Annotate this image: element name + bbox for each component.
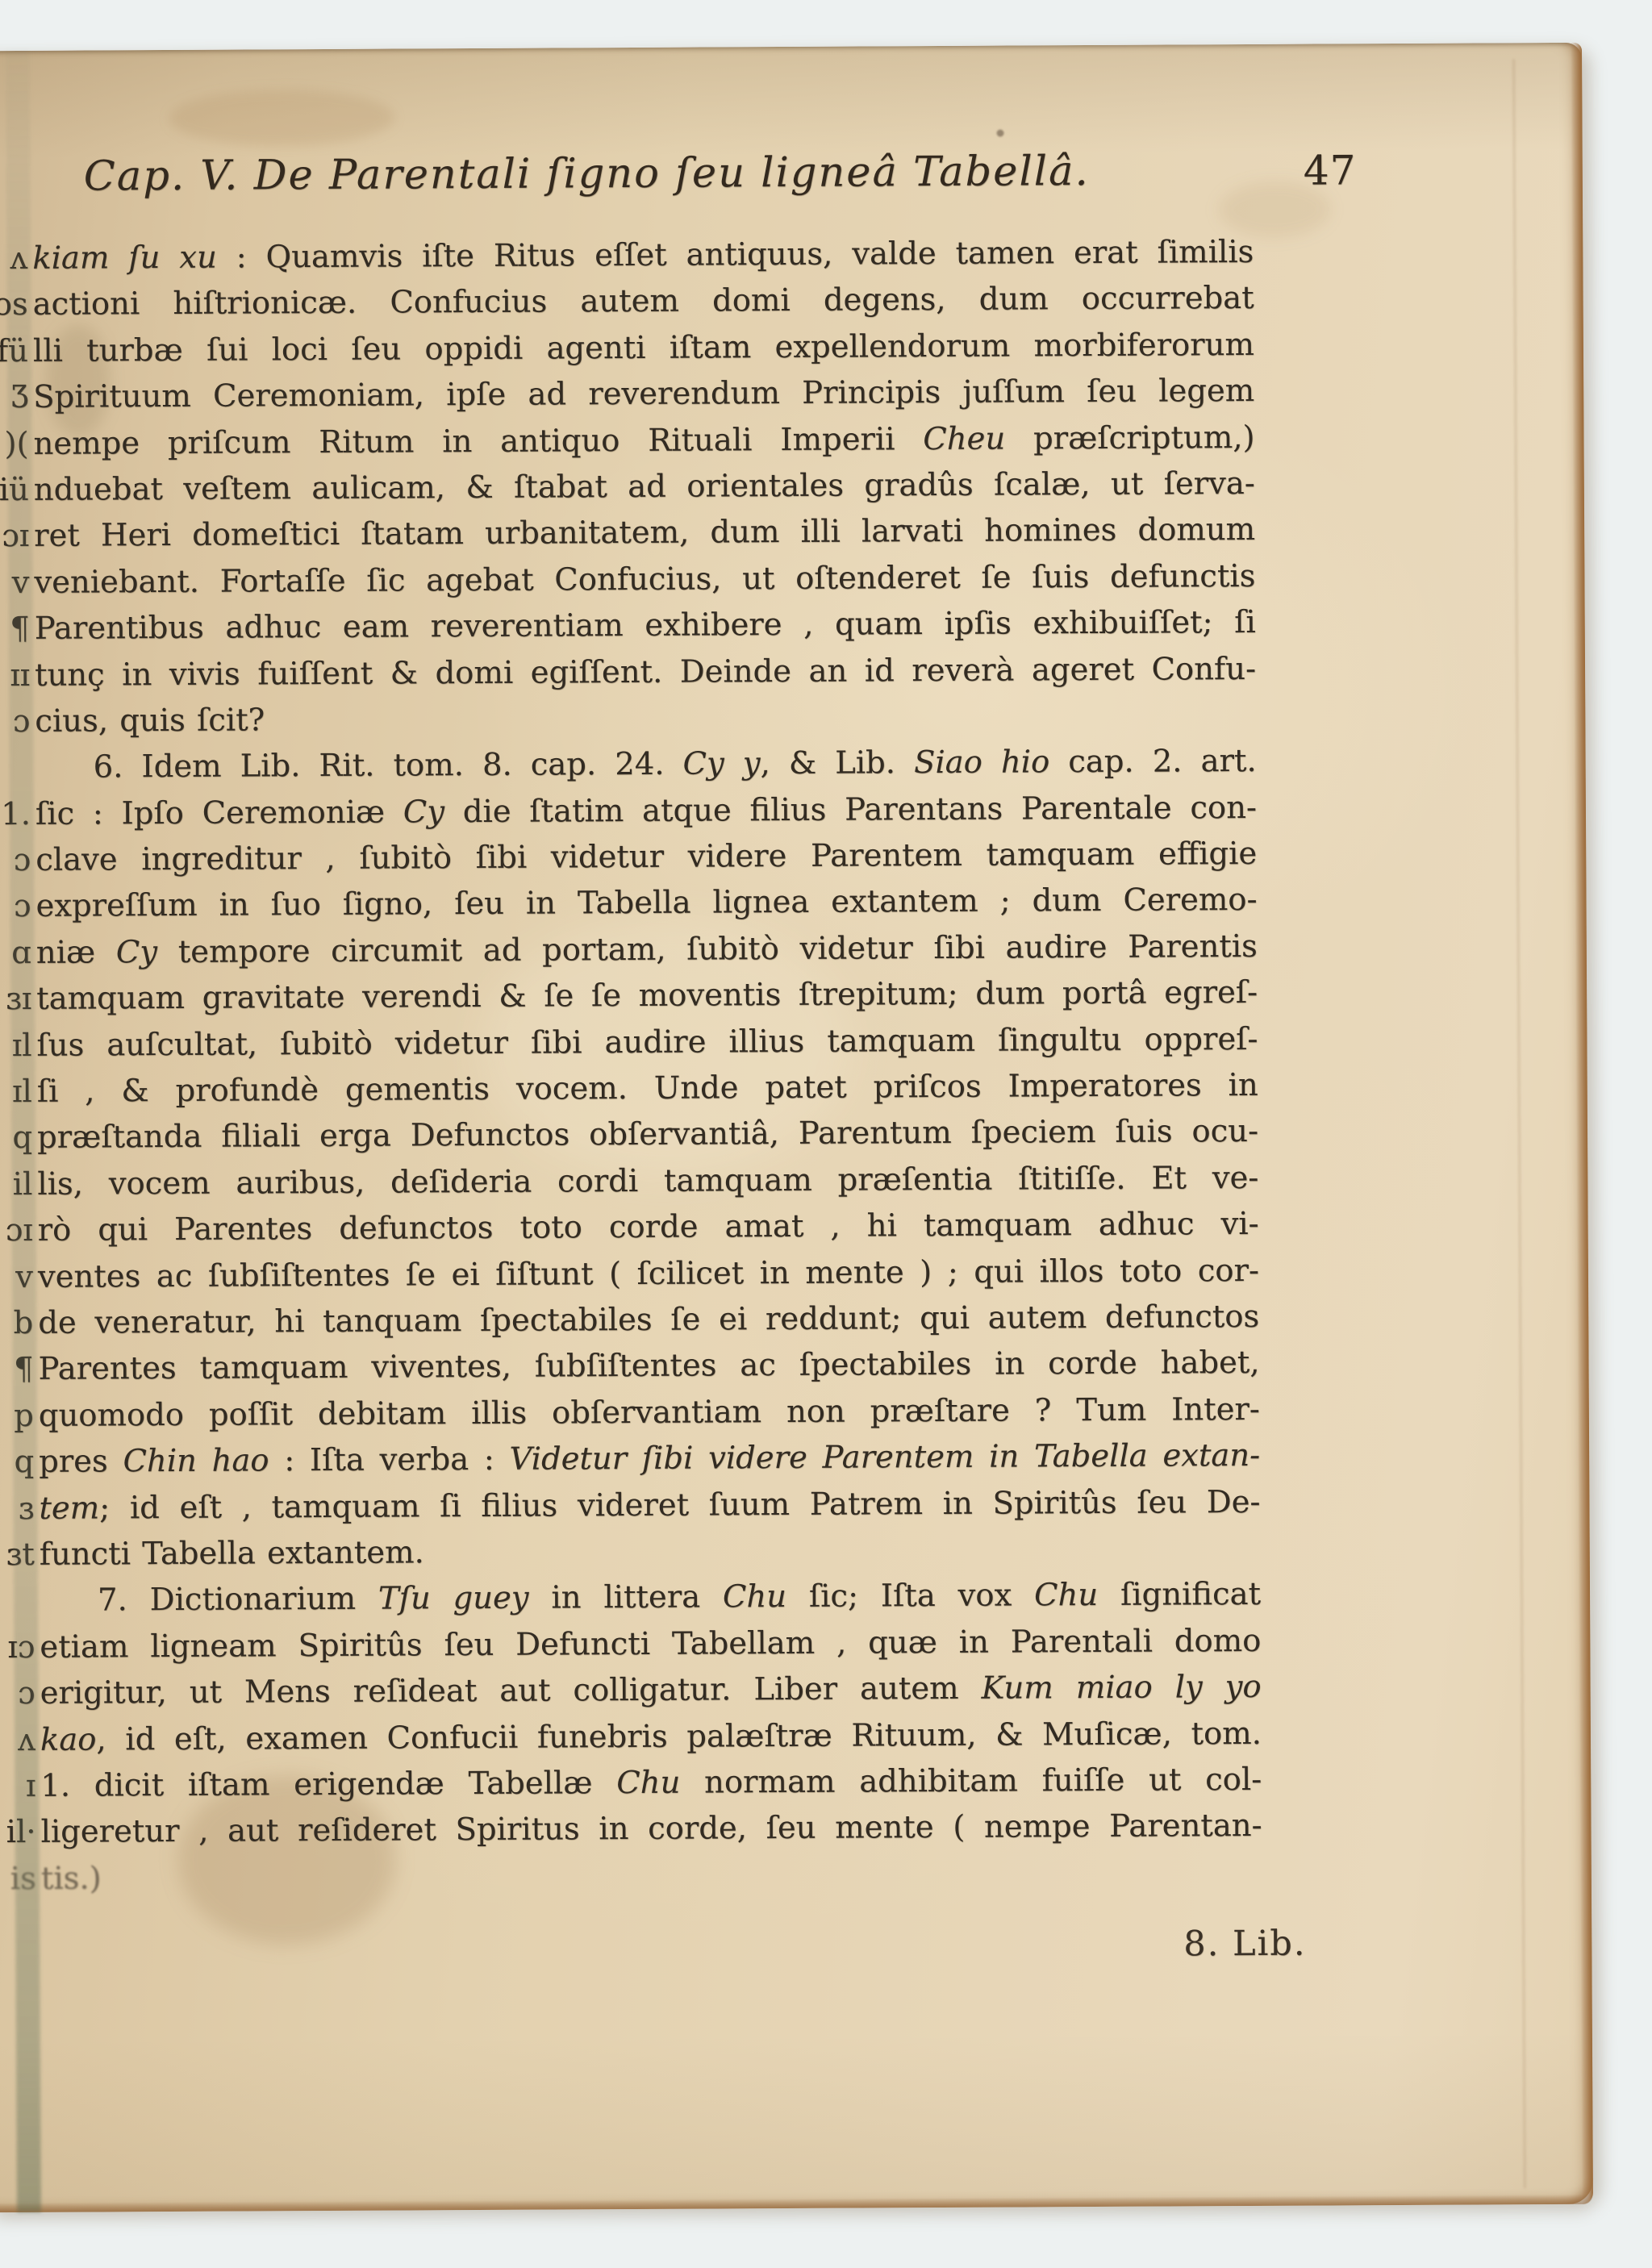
cutoff-fragment: p	[14, 1393, 34, 1440]
italic-text-segment: Chu	[616, 1765, 680, 1801]
text-line: qpres Chin hao : Iſta verba : Videtur ſi…	[39, 1432, 1260, 1485]
cutoff-fragment: il·	[6, 1809, 36, 1856]
text-segment: Parentibus adhuc eam reverentiam exhiber…	[35, 604, 1256, 647]
text-line: ɪɪtunç in vivis fuiſſent & domi egiſſent…	[35, 645, 1256, 698]
text-segment: 7. Dictionarium	[98, 1581, 378, 1619]
text-segment: cius, quis ſcit?	[35, 702, 265, 739]
cutoff-fragment: ¶	[14, 1346, 34, 1393]
text-segment: die ſtatim atque filius Parentans Parent…	[444, 790, 1257, 830]
cutoff-fragment: b	[13, 1300, 33, 1347]
text-line: ɔcius, quis ſcit?	[35, 692, 1256, 744]
cutoff-fragment: Ʒ	[10, 374, 28, 421]
text-line: ɪlſus auſcultat, ſubitò videtur ſibi aud…	[36, 1016, 1258, 1069]
text-line: vventes ac ſubſiſtentes ſe ei ſiſtunt ( …	[38, 1248, 1259, 1300]
text-segment: : Iſta verba :	[269, 1441, 509, 1479]
text-segment: tempore circumit ad portam, ſubitò videt…	[157, 928, 1258, 970]
text-segment: normam adhibitam fuiſſe ut col-	[680, 1761, 1262, 1801]
text-line: 1 1.ſic : Ipſo Ceremoniæ Cy die ſtatim a…	[35, 785, 1257, 837]
text-line: illis, vocem auribus, deſideria cordi ta…	[37, 1155, 1258, 1207]
text-line: ɪ1. dicit iſtam erigendæ Tabellæ Chu nor…	[40, 1757, 1262, 1809]
cutoff-fragment: ɑ	[11, 930, 31, 977]
text-line: ɔclave ingreditur , ſubitò ſibi videtur …	[35, 831, 1257, 883]
book-page: Cap. V. De Parentali ſigno ſeu ligneâ Ta…	[0, 43, 1593, 2212]
cutoff-fragment: fü	[0, 328, 28, 375]
cutoff-fragment: ɪl	[12, 1023, 32, 1069]
text-line: iünduebat veſtem aulicam, & ſtabat ad or…	[34, 461, 1255, 513]
cutoff-fragment: q	[14, 1439, 34, 1486]
text-segment: lis, vocem auribus, deſideria cordi tamq…	[37, 1160, 1258, 1203]
text-line: il·ligeretur , aut reſideret Spiritus in…	[40, 1803, 1262, 1855]
cutoff-fragment: ɔ	[14, 883, 31, 930]
text-segment: ſus auſcultat, ſubitò videtur ſibi audir…	[36, 1021, 1258, 1064]
paper-stain	[169, 90, 394, 147]
text-line: ʌkiam ſu xu : Quamvis iſte Ritus eſſet a…	[32, 229, 1254, 281]
cutoff-fragment: ɜɪ	[6, 976, 31, 1023]
cutoff-fragment: ɔ	[14, 837, 31, 884]
cutoff-fragment: ɪ	[26, 1763, 36, 1809]
text-segment: niæ	[36, 934, 116, 971]
text-segment: de veneratur, hi tanquam ſpectabiles ſe …	[38, 1299, 1259, 1341]
cutoff-fragment: ɔs	[0, 281, 28, 328]
chapter-title: Cap. V. De Parentali ſigno ſeu ligneâ Ta…	[84, 148, 1090, 201]
cutoff-fragment: ɔɪ	[2, 513, 29, 560]
text-line: qpræſtanda filiali erga Defunctos obſerv…	[37, 1108, 1258, 1161]
text-segment: rò qui Parentes defunctos toto corde ama…	[38, 1206, 1259, 1249]
cutoff-fragment: ɪɔ	[7, 1624, 35, 1671]
cutoff-fragment: ¶	[10, 606, 30, 652]
italic-text-segment: Videtur ſibi videre Parentem in Tabella …	[509, 1437, 1260, 1478]
text-line: ɪlſi , & profundè gementis vocem. Unde p…	[37, 1062, 1258, 1115]
text-line: ɔerigitur, ut Mens reſideat aut colligat…	[40, 1664, 1262, 1716]
text-segment: Parentes tamquam viventes, ſubſiſtentes …	[38, 1345, 1259, 1387]
cutoff-fragment: q	[12, 1115, 32, 1161]
text-segment: ligeretur , aut reſideret Spiritus in co…	[40, 1807, 1262, 1850]
cutoff-fragment: ɪl	[12, 1069, 32, 1115]
text-line: bde veneratur, hi tanquam ſpectabiles ſe…	[38, 1294, 1259, 1346]
text-segment: 6. Idem Lib. Rit. tom. 8. cap. 24.	[94, 746, 683, 786]
text-segment: nempe priſcum Ritum in antiquo Rituali I…	[33, 421, 923, 462]
cutoff-fragment: ʌ	[18, 1716, 35, 1763]
text-line: ¶Parentes tamquam viventes, ſubſiſtentes…	[38, 1340, 1259, 1392]
text-segment: veniebant. Fortaſſe ſic agebat Confucius…	[34, 558, 1255, 601]
italic-text-segment: Chu	[1034, 1577, 1098, 1613]
text-segment: ventes ac ſubſiſtentes ſe ei ſiſtunt ( ſ…	[38, 1253, 1259, 1295]
cutoff-fragment: ɪɪ	[10, 652, 30, 698]
text-line: ɪɔetiam ligneam Spiritûs ſeu Defuncti Ta…	[40, 1618, 1261, 1670]
cutoff-fragment: ɜ	[19, 1485, 35, 1532]
italic-text-segment: Chin hao	[123, 1443, 269, 1480]
text-segment: tunç in vivis fuiſſent & domi egiſſent. …	[35, 650, 1256, 693]
text-line: ɑniæ Cy tempore circumit ad portam, ſubi…	[36, 923, 1258, 976]
text-segment: actioni hiſtrionicæ. Confucius autem dom…	[33, 280, 1254, 323]
page-number: 47	[1304, 142, 1357, 198]
text-segment: , & Lib.	[760, 744, 914, 782]
ink-speck	[997, 130, 1004, 137]
page-crease	[1512, 59, 1526, 2188]
cutoff-fragment: is	[10, 1856, 36, 1903]
text-segment: nduebat veſtem aulicam, & ſtabat ad orie…	[34, 465, 1255, 508]
italic-text-segment: Siao hio	[914, 744, 1049, 782]
text-segment: tis.)	[41, 1860, 102, 1896]
catchword: 8. Lib.	[1183, 1924, 1306, 1965]
cutoff-fragment: 1 1.	[0, 791, 31, 838]
text-segment: , id eſt, examen Confucii funebris palæſ…	[96, 1715, 1262, 1757]
text-segment: expreſſum in ſuo ſigno, ſeu in Tabella l…	[35, 882, 1257, 924]
italic-text-segment: tem	[39, 1490, 99, 1526]
text-line: ɜtem; id eſt , tamquam ſi filius videret…	[39, 1478, 1260, 1531]
text-block: ʌkiam ſu xu : Quamvis iſte Ritus eſſet a…	[32, 229, 1262, 1902]
text-segment: etiam ligneam Spiritûs ſeu Defuncti Tabe…	[40, 1623, 1261, 1666]
text-line: ɜɪtamquam gravitate verendi & ſe ſe move…	[36, 969, 1258, 1022]
text-segment: erigitur, ut Mens reſideat aut colligatu…	[40, 1670, 982, 1711]
text-segment: ; id eſt , tamquam ſi filius videret ſuu…	[99, 1483, 1260, 1526]
text-segment: 1. dicit iſtam erigendæ Tabellæ	[40, 1765, 616, 1804]
text-segment: tamquam gravitate verendi & ſe ſe movent…	[36, 974, 1258, 1017]
text-segment: clave ingreditur , ſubitò ſibi videtur v…	[35, 836, 1257, 878]
text-segment: pres	[39, 1443, 123, 1480]
text-segment: cap. 2. art.	[1049, 743, 1257, 780]
book-scan: Cap. V. De Parentali ſigno ſeu ligneâ Ta…	[0, 0, 1652, 2268]
text-line: pquomodo poſſit debitam illis obſervanti…	[39, 1386, 1260, 1439]
text-segment: præſcriptum,)	[1005, 419, 1255, 457]
cutoff-fragment: v	[12, 560, 30, 607]
italic-text-segment: Cy	[403, 794, 444, 830]
text-segment: : Quamvis iſte Ritus eſſet antiquus, val…	[217, 234, 1254, 276]
cutoff-fragment: iü	[0, 467, 29, 514]
italic-text-segment: Kum miao ly yo	[981, 1669, 1261, 1707]
cutoff-fragment: v	[15, 1253, 33, 1300]
text-line: fülli turbæ ſui loci ſeu oppidi agenti i…	[33, 322, 1254, 374]
italic-text-segment: Cheu	[923, 420, 1005, 457]
italic-text-segment: Tſu guey	[378, 1580, 529, 1617]
text-line: 7. Dictionarium Tſu guey in littera Chu …	[40, 1571, 1261, 1624]
text-segment: Spirituum Ceremoniam, ipſe ad reverendum…	[33, 373, 1254, 415]
text-segment: quomodo poſſit debitam illis obſervantia…	[39, 1391, 1260, 1434]
text-segment: lli turbæ ſui loci ſeu oppidi agenti iſt…	[33, 327, 1254, 369]
text-segment: functi Tabella extantem.	[40, 1534, 424, 1572]
cutoff-fragment: ɜt	[6, 1532, 35, 1578]
text-line: ɔɪret Heri domeſtici ſtatam urbanitatem,…	[34, 507, 1255, 559]
text-segment: ſic; Iſta vox	[786, 1578, 1034, 1616]
italic-text-segment: kiam ſu xu	[32, 240, 217, 277]
text-line: ɔsactioni hiſtrionicæ. Confucius autem d…	[32, 275, 1254, 327]
text-segment: ſi , & profundè gementis vocem. Unde pat…	[37, 1067, 1258, 1110]
cutoff-fragment: )(	[4, 420, 28, 467]
italic-text-segment: Chu	[723, 1578, 786, 1615]
text-line: istis.)	[41, 1849, 1262, 1902]
text-segment: ret Heri domeſtici ſtatam urbanitatem, d…	[34, 511, 1255, 554]
cutoff-fragment: ɔɪ	[6, 1207, 33, 1254]
text-line: ɔɪrò qui Parentes defunctos toto corde a…	[38, 1201, 1259, 1253]
italic-text-segment: Cy y	[682, 745, 760, 782]
cutoff-fragment: ʌ	[10, 236, 27, 282]
italic-text-segment: Cy	[116, 934, 157, 970]
cutoff-fragment: il	[13, 1161, 33, 1208]
text-segment: ſignificat	[1098, 1576, 1261, 1613]
text-segment: præſtanda filiali erga Defunctos obſerva…	[37, 1113, 1258, 1156]
cutoff-fragment: ɔ	[13, 698, 31, 745]
cutoff-fragment: ɔ	[18, 1670, 35, 1717]
text-line: vveniebant. Fortaſſe ſic agebat Confuciu…	[34, 553, 1255, 606]
text-line: ¶Parentibus adhuc eam reverentiam exhibe…	[35, 599, 1256, 652]
page-header: Cap. V. De Parentali ſigno ſeu ligneâ Ta…	[32, 143, 1254, 206]
text-segment: in littera	[528, 1579, 723, 1616]
text-line: )(nempe priſcum Ritum in antiquo Rituali…	[33, 414, 1254, 466]
text-line: ʌkao, id eſt, examen Confucii funebris p…	[40, 1710, 1262, 1762]
italic-text-segment: kao	[40, 1721, 97, 1757]
text-line: 6. Idem Lib. Rit. tom. 8. cap. 24. Cy y,…	[35, 738, 1257, 790]
text-line: ɜtfuncti Tabella extantem.	[40, 1525, 1261, 1578]
text-line: ƷSpirituum Ceremoniam, ipſe ad reverendu…	[33, 368, 1254, 420]
text-segment: ſic : Ipſo Ceremoniæ	[35, 794, 403, 832]
text-line: ɔexpreſſum in ſuo ſigno, ſeu in Tabella …	[35, 877, 1257, 929]
